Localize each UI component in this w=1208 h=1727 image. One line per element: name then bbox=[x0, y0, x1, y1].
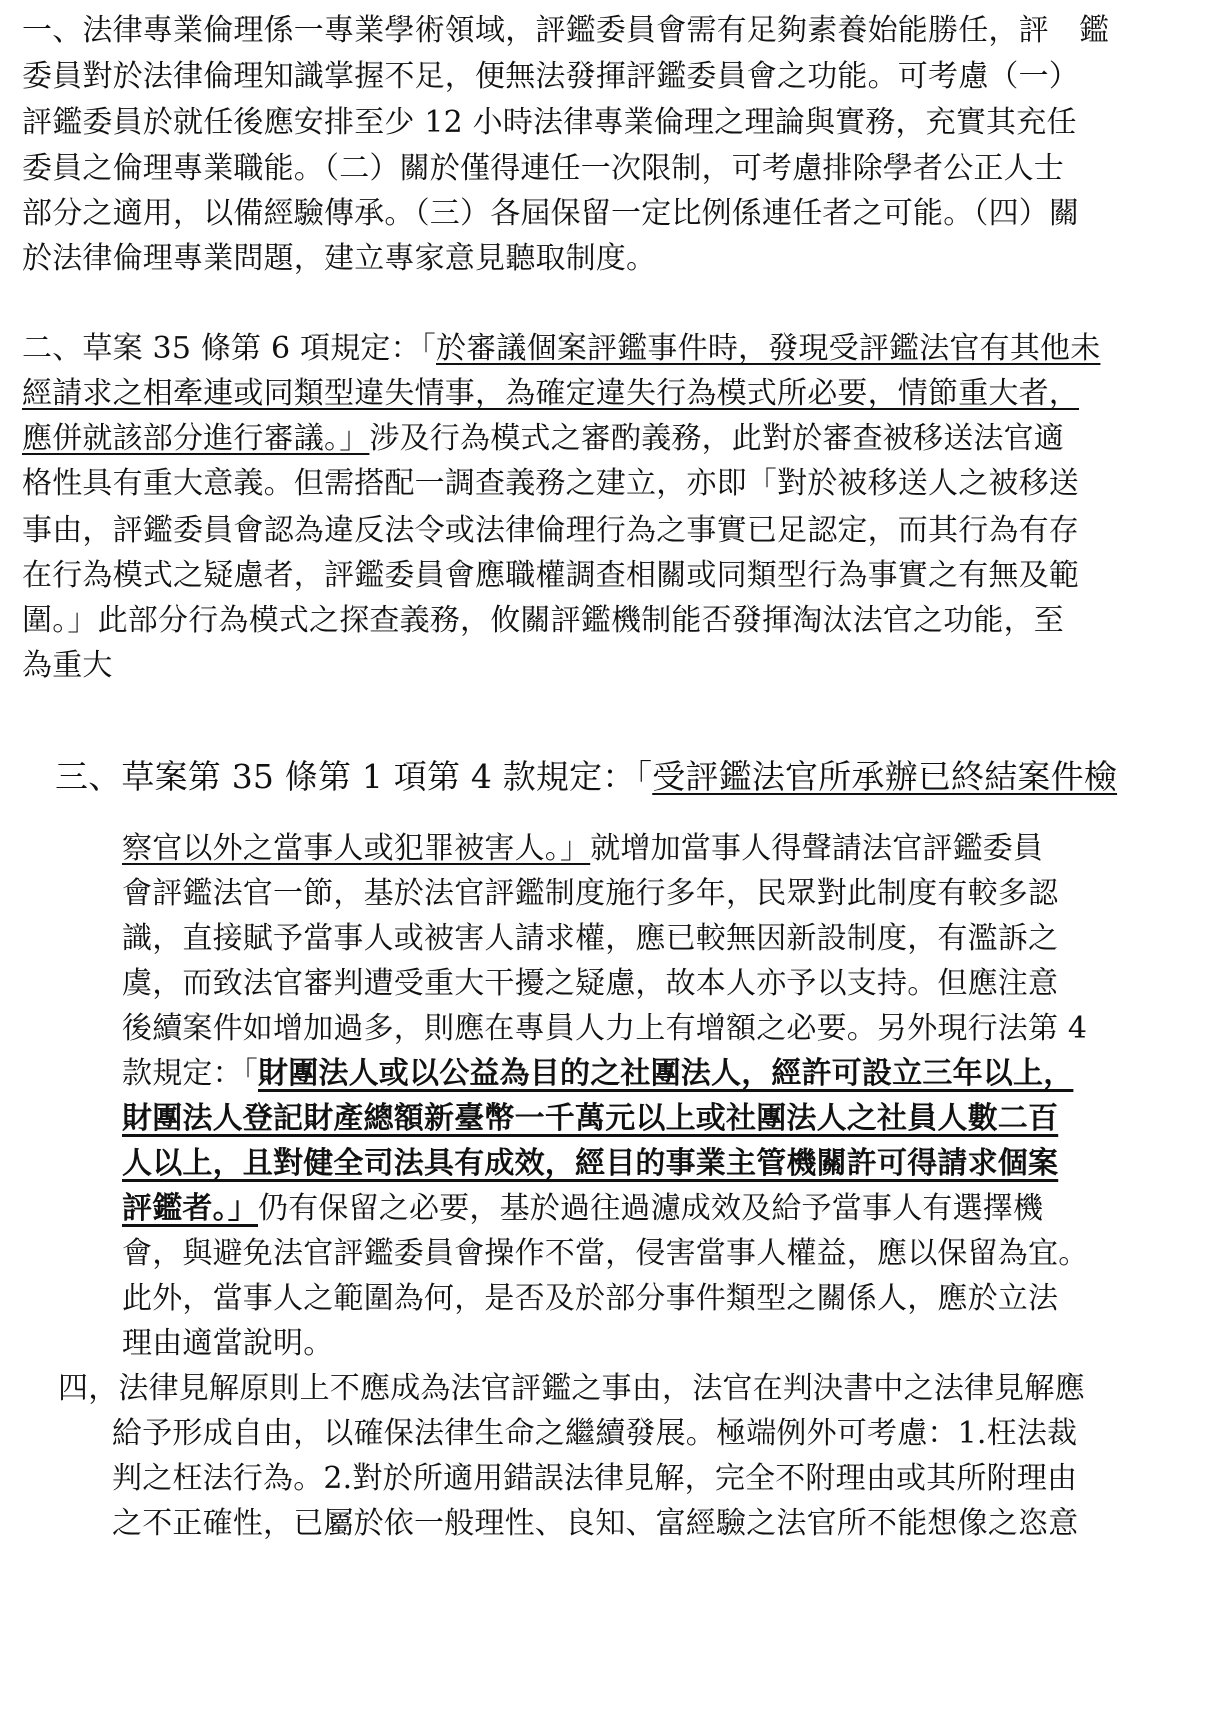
section-3-line-7: 財團法人登記財產總額新臺幣一千萬元以上或社團法人之社員人數二百 bbox=[122, 1100, 1058, 1138]
section-4-line-1: 四，法律見解原則上不應成為法官評鑑之事由，法官在判決書中之法律見解應 bbox=[58, 1370, 1085, 1408]
section-3-line-6: 款規定：「財團法人或以公益為目的之社團法人，經許可設立三年以上， bbox=[122, 1055, 1073, 1093]
section-3-text: 就增加當事人得聲請法官評鑑委員 bbox=[590, 831, 1043, 866]
section-2-heading: 二、草案 35 條第 6 項規定：「 bbox=[22, 331, 436, 366]
section-3-line-1: 察官以外之當事人或犯罪被害人。」就增加當事人得聲請法官評鑑委員 bbox=[122, 830, 1043, 868]
draft-article-quote: 應併就該部分進行審議。」 bbox=[22, 421, 369, 456]
section-3-text: 仍有保留之必要，基於過往過濾成效及給予當事人有選擇機 bbox=[258, 1191, 1043, 1226]
current-law-quote: 財團法人登記財產總額新臺幣一千萬元以上或社團法人之社員人數二百 bbox=[122, 1101, 1058, 1136]
draft-article-quote: 經請求之相牽連或同類型違失情事，為確定違失行為模式所必要，情節重大者， bbox=[22, 376, 1079, 411]
section-3-heading: 三、草案第 35 條第 1 項第 4 款規定：「 bbox=[55, 757, 652, 796]
draft-article-quote: 受評鑑法官所承辦已終結案件檢 bbox=[652, 757, 1117, 796]
section-2-line-8: 為重大 bbox=[22, 647, 113, 685]
section-3-line-9: 評鑑者。」仍有保留之必要，基於過往過濾成效及給予當事人有選擇機 bbox=[122, 1190, 1043, 1228]
section-1-line-3: 評鑑委員於就任後應安排至少 12 小時法律專業倫理之理論與實務，充實其充任 bbox=[22, 104, 1077, 142]
section-1-line-6: 於法律倫理專業問題，建立專家意見聽取制度。 bbox=[22, 240, 656, 278]
section-3-line-10: 會，與避免法官評鑑委員會操作不當，侵害當事人權益，應以保留為宜。 bbox=[122, 1235, 1088, 1273]
section-4-line-4: 之不正確性，已屬於依一般理性、良知、富經驗之法官所不能想像之恣意 bbox=[112, 1505, 1078, 1543]
section-2-line-2: 經請求之相牽連或同類型違失情事，為確定違失行為模式所必要，情節重大者， bbox=[22, 375, 1079, 413]
section-4-line-3: 判之枉法行為。2.對於所適用錯誤法律見解，完全不附理由或其所附理由 bbox=[112, 1460, 1077, 1498]
section-1-line-4: 委員之倫理專業職能。（二）關於僅得連任一次限制，可考慮排除學者公正人士 bbox=[22, 150, 1064, 188]
section-1-line-1: 一、法律專業倫理係一專業學術領域，評鑑委員會需有足夠素養始能勝任，評 鑑 bbox=[22, 12, 1109, 50]
section-1-line-2: 委員對於法律倫理知識掌握不足，便無法發揮評鑑委員會之功能。可考慮（一） bbox=[22, 58, 1079, 96]
section-3-line-11: 此外，當事人之範圍為何，是否及於部分事件類型之關係人，應於立法 bbox=[122, 1280, 1058, 1318]
current-law-quote: 評鑑者。」 bbox=[122, 1191, 258, 1226]
section-3-line-2: 會評鑑法官一節，基於法官評鑑制度施行多年，民眾對此制度有較多認 bbox=[122, 875, 1058, 913]
section-3-heading-line: 三、草案第 35 條第 1 項第 4 款規定：「受評鑑法官所承辦已終結案件檢 bbox=[55, 758, 1117, 796]
section-3-line-3: 識，直接賦予當事人或被害人請求權，應已較無因新設制度，有濫訴之 bbox=[122, 920, 1058, 958]
section-2-line-6: 在行為模式之疑慮者，評鑑委員會應職權調查相關或同類型行為事實之有無及範 bbox=[22, 557, 1079, 595]
section-3-line-12: 理由適當說明。 bbox=[122, 1325, 333, 1363]
section-3-line-8: 人以上，且對健全司法具有成效，經目的事業主管機關許可得請求個案 bbox=[122, 1145, 1058, 1183]
section-2-line-3: 應併就該部分進行審議。」涉及行為模式之審酌義務，此對於審查被移送法官適 bbox=[22, 420, 1064, 458]
section-2-line-5: 事由，評鑑委員會認為違反法令或法律倫理行為之事實已足認定，而其行為有存 bbox=[22, 512, 1079, 550]
current-law-prefix: 款規定：「 bbox=[122, 1056, 258, 1091]
section-4-line-2: 給予形成自由，以確保法律生命之繼續發展。極端例外可考慮：1.枉法裁 bbox=[112, 1415, 1077, 1453]
section-1-line-5: 部分之適用，以備經驗傳承。（三）各屆保留一定比例係連任者之可能。（四）關 bbox=[22, 195, 1079, 233]
section-2-text: 涉及行為模式之審酌義務，此對於審查被移送法官適 bbox=[369, 421, 1064, 456]
section-3-line-5: 後續案件如增加過多，則應在專員人力上有增額之必要。另外現行法第 4 bbox=[122, 1010, 1087, 1048]
section-2-line-7: 圍。」此部分行為模式之探查義務，攸關評鑑機制能否發揮淘汰法官之功能，至 bbox=[22, 602, 1064, 640]
section-2-line-4: 格性具有重大意義。但需搭配一調查義務之建立，亦即「對於被移送人之被移送 bbox=[22, 465, 1079, 503]
draft-article-quote: 於審議個案評鑑事件時，發現受評鑑法官有其他未 bbox=[436, 331, 1100, 366]
current-law-quote: 人以上，且對健全司法具有成效，經目的事業主管機關許可得請求個案 bbox=[122, 1146, 1058, 1181]
section-3-line-4: 虞，而致法官審判遭受重大干擾之疑慮，故本人亦予以支持。但應注意 bbox=[122, 965, 1058, 1003]
draft-article-quote: 察官以外之當事人或犯罪被害人。」 bbox=[122, 831, 590, 866]
current-law-quote: 財團法人或以公益為目的之社團法人，經許可設立三年以上， bbox=[258, 1056, 1073, 1091]
section-2-line-1: 二、草案 35 條第 6 項規定：「於審議個案評鑑事件時，發現受評鑑法官有其他未 bbox=[22, 330, 1100, 368]
